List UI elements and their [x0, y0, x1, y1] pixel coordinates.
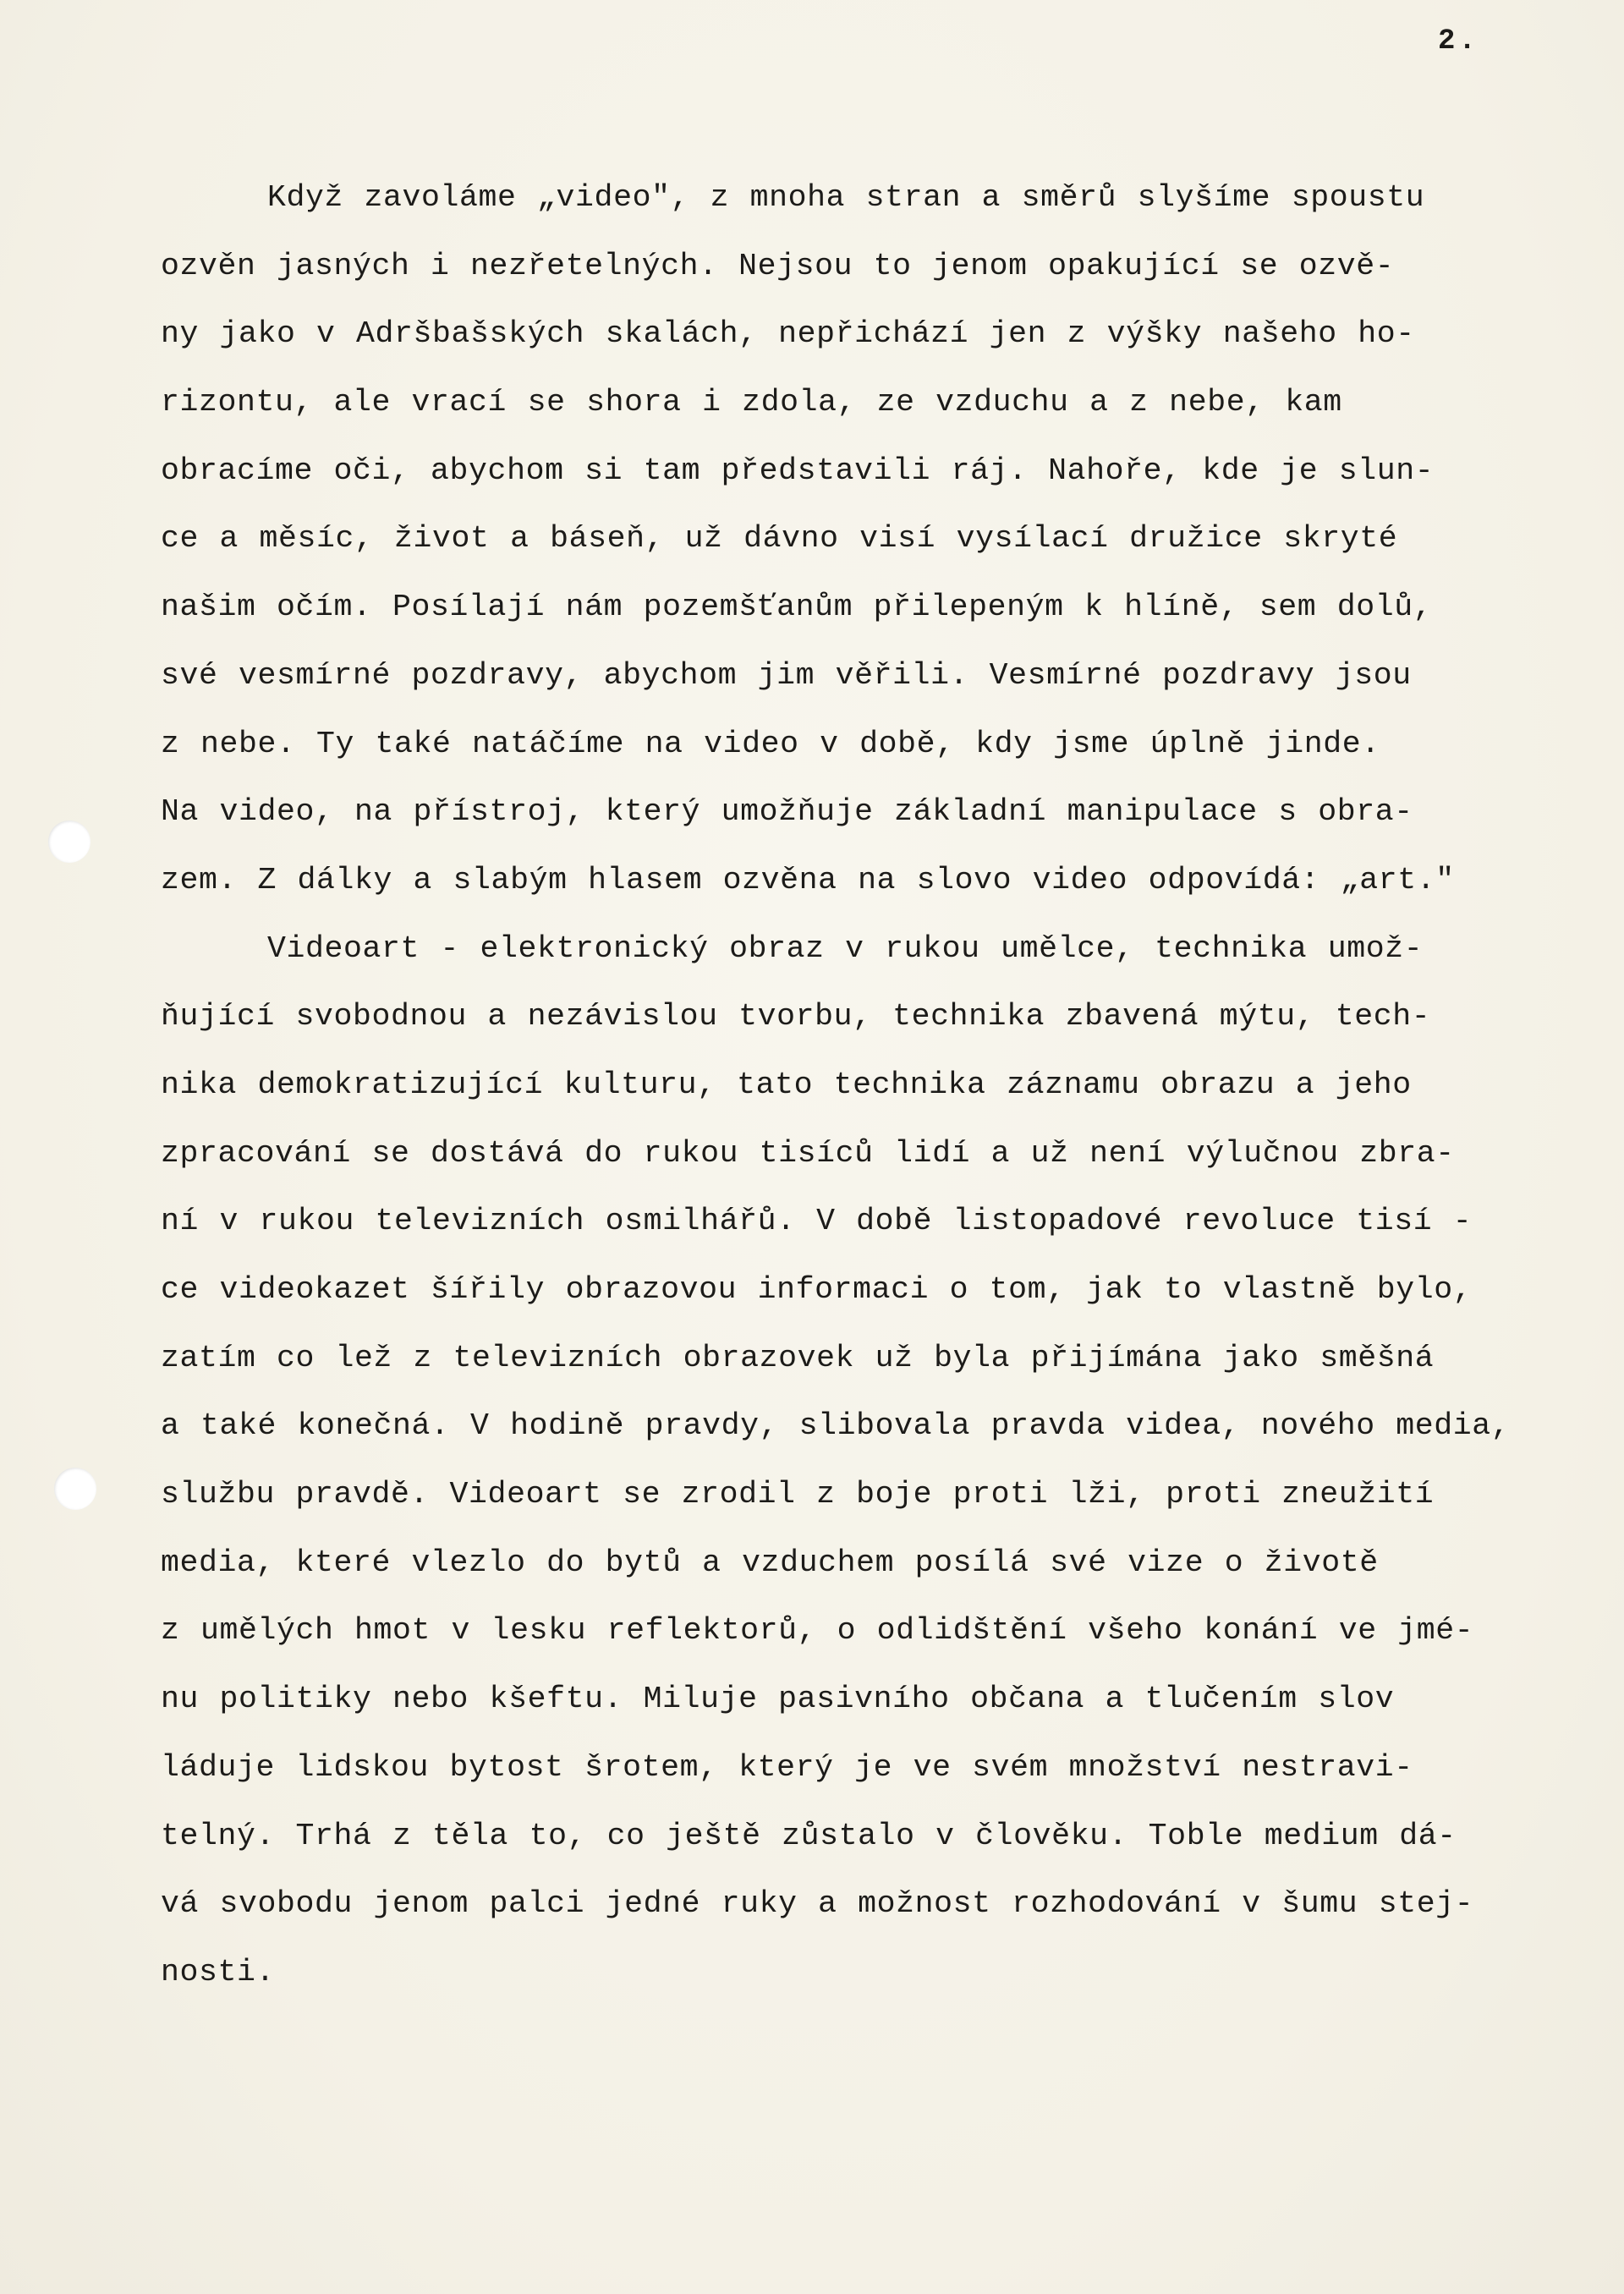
text-line: našim očím. Posílají nám pozemšťanům při… — [161, 589, 1599, 657]
text-line: nika demokratizující kulturu, tato techn… — [161, 1067, 1599, 1135]
text-line: nu politiky nebo kšeftu. Miluje pasivníh… — [161, 1681, 1599, 1749]
text-line: vá svobodu jenom palci jedné ruky a možn… — [161, 1885, 1599, 1954]
text-line: ce a měsíc, život a báseň, už dávno visí… — [161, 520, 1599, 589]
document-page: 2. Když zavoláme „video", z mnoha stran … — [0, 0, 1624, 2294]
text-line: Videoart - elektronický obraz v rukou um… — [161, 930, 1599, 999]
text-line: své vesmírné pozdravy, abychom jim věřil… — [161, 657, 1599, 726]
page-number: 2. — [1438, 25, 1479, 58]
text-line: rizontu, ale vrací se shora i zdola, ze … — [161, 384, 1599, 453]
text-line: ní v rukou televizních osmilhářů. V době… — [161, 1203, 1599, 1271]
text-line: Když zavoláme „video", z mnoha stran a s… — [161, 179, 1599, 248]
text-line: ny jako v Adršbašských skalách, nepřichá… — [161, 316, 1599, 384]
punch-hole-icon — [54, 1468, 96, 1510]
text-line: ce videokazet šířily obrazovou informaci… — [161, 1271, 1599, 1340]
text-line: Na video, na přístroj, který umožňuje zá… — [161, 793, 1599, 862]
text-line: media, které vlezlo do bytů a vzduchem p… — [161, 1545, 1599, 1613]
text-line: zem. Z dálky a slabým hlasem ozvěna na s… — [161, 862, 1599, 930]
paragraph: Videoart - elektronický obraz v rukou um… — [161, 930, 1599, 2022]
typewritten-body: Když zavoláme „video", z mnoha stran a s… — [161, 179, 1599, 2022]
punch-hole-icon — [48, 820, 91, 863]
text-line: nosti. — [161, 1954, 1599, 2022]
text-line: zpracování se dostává do rukou tisíců li… — [161, 1135, 1599, 1204]
paragraph: Když zavoláme „video", z mnoha stran a s… — [161, 179, 1599, 930]
text-line: zatím co lež z televizních obrazovek už … — [161, 1340, 1599, 1408]
text-line: a také konečná. V hodině pravdy, slibova… — [161, 1408, 1599, 1476]
text-line: telný. Trhá z těla to, co ještě zůstalo … — [161, 1818, 1599, 1886]
text-line: láduje lidskou bytost šrotem, který je v… — [161, 1749, 1599, 1818]
text-line: z nebe. Ty také natáčíme na video v době… — [161, 726, 1599, 794]
text-line: službu pravdě. Videoart se zrodil z boje… — [161, 1476, 1599, 1545]
text-line: z umělých hmot v lesku reflektorů, o odl… — [161, 1612, 1599, 1681]
text-line: ozvěn jasných i nezřetelných. Nejsou to … — [161, 248, 1599, 316]
text-line: ňující svobodnou a nezávislou tvorbu, te… — [161, 998, 1599, 1067]
text-line: obracíme oči, abychom si tam představili… — [161, 453, 1599, 521]
